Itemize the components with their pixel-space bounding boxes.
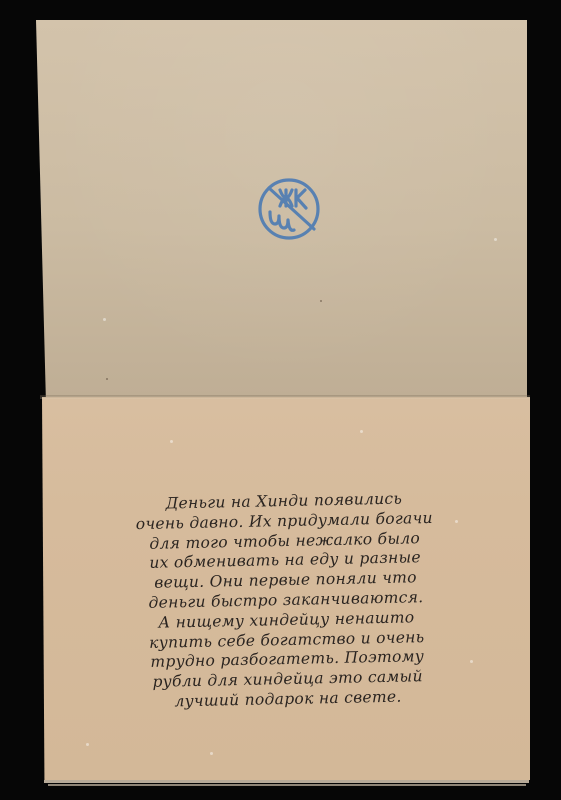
paper-speck — [455, 520, 458, 523]
stamp-logo-icon — [256, 176, 322, 242]
scan-background: Деньги на Хинди появились очень давно. И… — [0, 0, 561, 800]
booklet-fold-line — [40, 395, 530, 399]
page-stack-edge — [44, 780, 529, 783]
paper-speck — [320, 300, 322, 302]
paper-speck — [470, 660, 473, 663]
paper-speck — [494, 238, 497, 241]
paper-speck — [360, 430, 363, 433]
paper-speck — [170, 440, 173, 443]
handwritten-paragraph: Деньги на Хинди появились очень давно. И… — [116, 489, 456, 714]
page-stack-edge — [48, 784, 526, 786]
paper-speck — [106, 378, 108, 380]
paper-speck — [86, 743, 89, 746]
paper-speck — [103, 318, 106, 321]
paper-speck — [210, 752, 213, 755]
